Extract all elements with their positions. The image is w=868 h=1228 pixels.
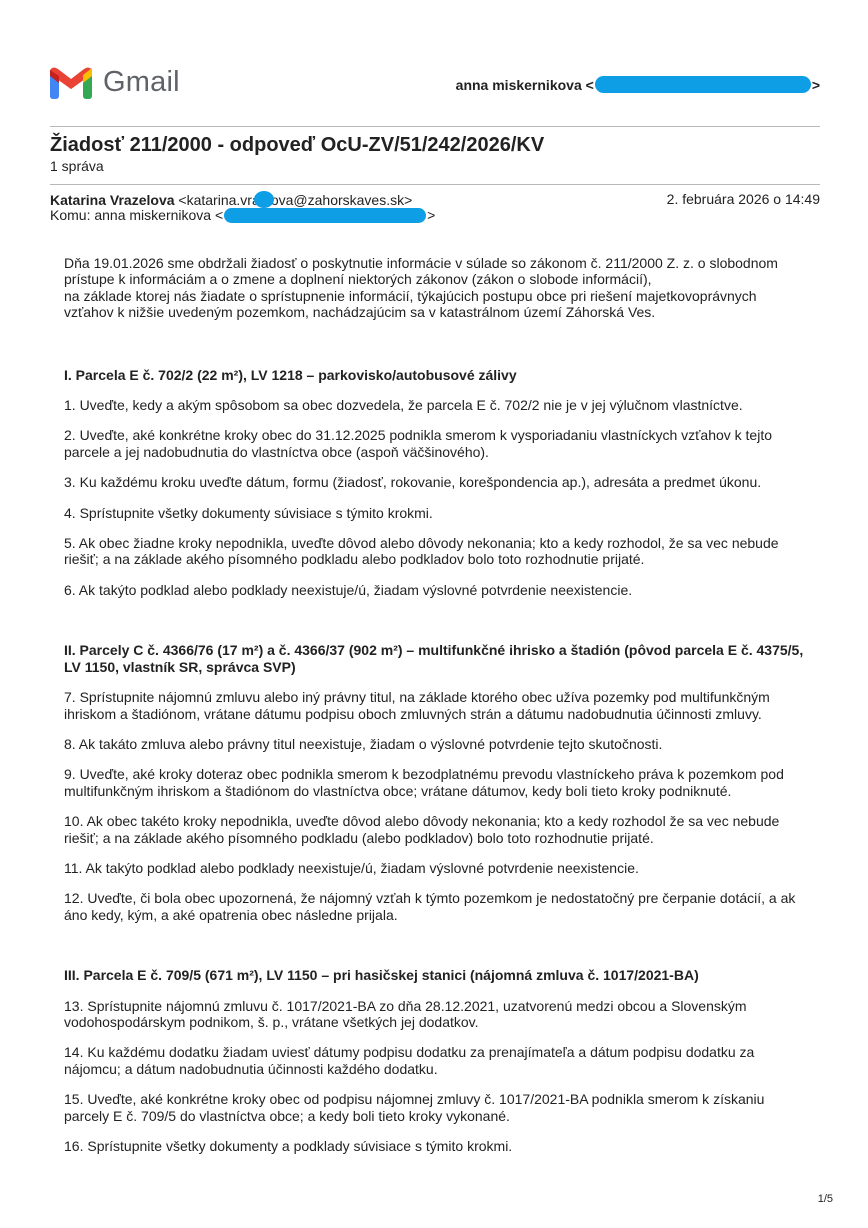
message-date: 2. februára 2026 o 14:49 <box>667 191 820 207</box>
account-email-open: < <box>586 77 594 93</box>
intro-line: na základe ktorej nás žiadate o sprístup… <box>64 288 757 304</box>
question-item: 10. Ak obec takéto kroky nepodnikla, uve… <box>64 813 804 846</box>
recipient-email-close: > <box>427 207 435 223</box>
question-item: 6. Ak takýto podklad alebo podklady neex… <box>64 582 804 598</box>
question-item: 3. Ku každému kroku uveďte dátum, formu … <box>64 474 804 490</box>
page-number: 1/5 <box>818 1193 833 1205</box>
question-item: 9. Uveďte, aké kroky doteraz obec podnik… <box>64 766 804 799</box>
question-item: 13. Sprístupnite nájomnú zmluvu č. 1017/… <box>64 998 804 1031</box>
question-item: 8. Ak takáto zmluva alebo právny titul n… <box>64 736 804 752</box>
question-item: 15. Uveďte, aké konkrétne kroky obec od … <box>64 1091 804 1124</box>
recipient-label: Komu: anna miskernikova < <box>50 207 223 223</box>
gmail-logo: Gmail <box>50 66 180 99</box>
intro-line: Dňa 19.01.2026 sme obdržali žiadosť o po… <box>64 255 778 271</box>
redacted-email <box>595 76 811 93</box>
gmail-wordmark: Gmail <box>103 66 180 99</box>
question-item: 4. Sprístupnite všetky dokumenty súvisia… <box>64 505 804 521</box>
question-item: 2. Uveďte, aké konkrétne kroky obec do 3… <box>64 427 804 460</box>
message-count: 1 správa <box>50 158 104 174</box>
intro-line: vzťahov k nižšie uvedeným pozemkom, nach… <box>64 304 655 320</box>
intro-line: prístupe k informáciám a o zmene a dopln… <box>64 271 652 287</box>
account-email-close: > <box>812 77 820 93</box>
redacted-email <box>224 208 426 223</box>
sender-name: Katarina Vrazelova <box>50 192 175 208</box>
redacted-email-part <box>254 191 274 208</box>
message-body: Dňa 19.01.2026 sme obdržali žiadosť o po… <box>64 255 804 1168</box>
question-item: 1. Uveďte, kedy a akým spôsobom sa obec … <box>64 397 804 413</box>
section-title: III. Parcela E č. 709/5 (671 m²), LV 115… <box>64 967 804 983</box>
account-name: anna miskernikova <box>456 77 582 93</box>
section-title: I. Parcela E č. 702/2 (22 m²), LV 1218 –… <box>64 367 804 383</box>
divider <box>50 184 820 185</box>
question-item: 7. Sprístupnite nájomnú zmluvu alebo iný… <box>64 689 804 722</box>
question-item: 12. Uveďte, či bola obec upozornená, že … <box>64 890 804 923</box>
sender-line: Katarina Vrazelova <katarina.vralova@zah… <box>50 191 412 208</box>
divider <box>50 126 820 127</box>
question-item: 14. Ku každému dodatku žiadam uviesť dát… <box>64 1044 804 1077</box>
intro-paragraph: Dňa 19.01.2026 sme obdržali žiadosť o po… <box>64 255 804 321</box>
recipient-line: Komu: anna miskernikova <> <box>50 207 435 223</box>
question-item: 11. Ak takýto podklad alebo podklady nee… <box>64 860 804 876</box>
account-header: anna miskernikova <> <box>456 76 820 93</box>
question-item: 16. Sprístupnite všetky dokumenty a podk… <box>64 1138 804 1154</box>
thread-subject: Žiadosť 211/2000 - odpoveď OcU-ZV/51/242… <box>50 134 544 157</box>
section-title: II. Parcely C č. 4366/76 (17 m²) a č. 43… <box>64 642 804 675</box>
gmail-m-icon <box>50 67 92 99</box>
sender-email-end: lova@zahorskaves.sk> <box>268 192 413 208</box>
sender-email-start: <katarina.vra <box>178 192 259 208</box>
question-item: 5. Ak obec žiadne kroky nepodnikla, uveď… <box>64 535 804 568</box>
